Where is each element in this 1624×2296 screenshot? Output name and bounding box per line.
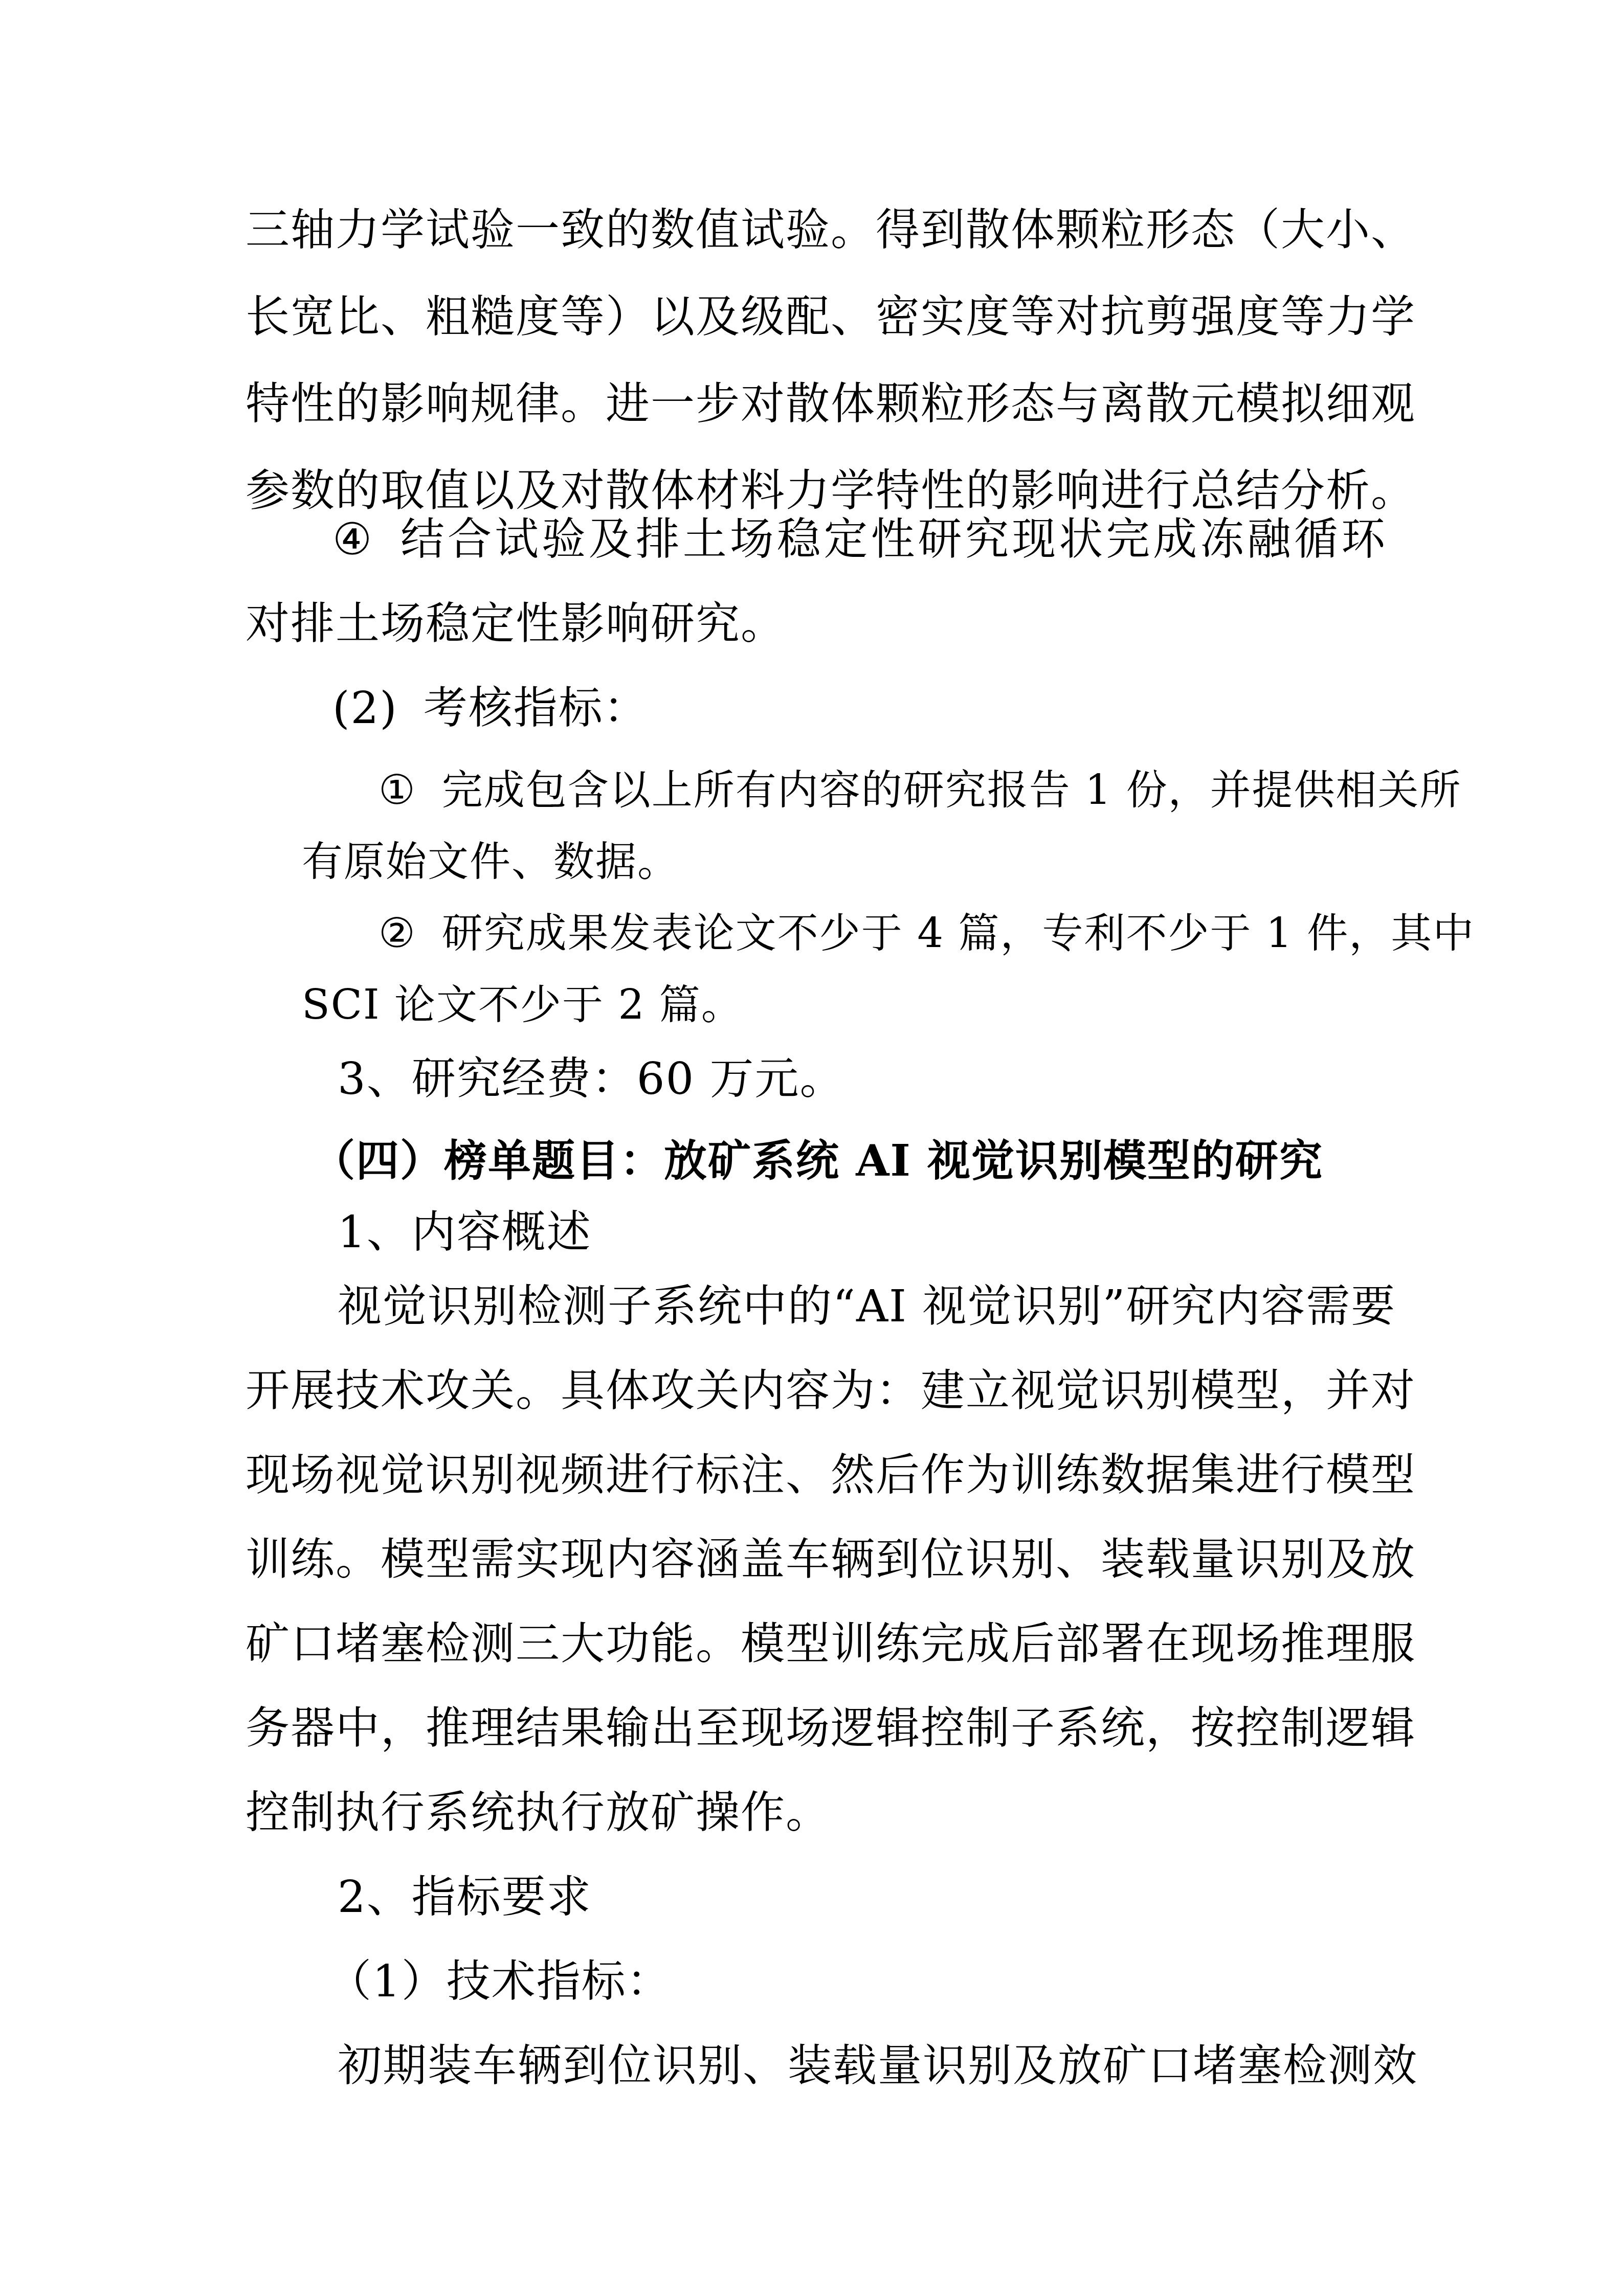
- circled-number-marker: ④: [332, 511, 373, 568]
- paragraph-line: 视觉识别检测子系统中的“AI 视觉识别”研究内容需要: [338, 1278, 1386, 1335]
- paragraph-line: 矿口堵塞检测三大功能。模型训练完成后部署在现场推理服: [246, 1616, 1386, 1672]
- paragraph-line: 三轴力学试验一致的数值试验。得到散体颗粒形态（大小、: [246, 202, 1386, 258]
- paragraph-line: 特性的影响规律。进一步对散体颗粒形态与离散元模拟细观: [246, 376, 1386, 432]
- paragraph-line: 务器中，推理结果输出至现场逻辑控制子系统，按控制逻辑: [246, 1700, 1386, 1757]
- paragraph-line: 现场视觉识别视频进行标注、然后作为训练数据集进行模型: [246, 1447, 1386, 1503]
- list-item-text: 结合试验及排土场稳定性研究现状完成冻融循环: [398, 514, 1386, 565]
- paragraph-line: 开展技术攻关。具体攻关内容为：建立视觉识别模型，并对: [246, 1363, 1386, 1419]
- funding-line: 3、研究经费：60 万元。: [338, 1051, 844, 1107]
- requirements-heading: 2、指标要求: [338, 1869, 592, 1925]
- assessment-item-1: ①完成包含以上所有内容的研究报告 1 份，并提供相关所: [379, 762, 1386, 818]
- assessment-item-1-continuation: 有原始文件、数据。: [302, 834, 679, 890]
- paragraph-line: 训练。模型需实现内容涵盖车辆到位识别、装载量识别及放: [246, 1532, 1386, 1588]
- paragraph-line: 控制执行系统执行放矿操作。: [246, 1785, 831, 1841]
- list-item-text: 完成包含以上所有内容的研究报告 1 份，并提供相关所: [442, 766, 1462, 814]
- circled-number-marker: ①: [379, 762, 416, 818]
- paragraph-line: 参数的取值以及对散体材料力学特性的影响进行总结分析。: [246, 463, 1386, 519]
- assessment-heading: (2)考核指标：: [332, 680, 649, 736]
- tech-heading: （1）技术指标：: [327, 1953, 672, 2010]
- overview-heading: 1、内容概述: [338, 1204, 592, 1260]
- assessment-item-2: ②研究成果发表论文不少于 4 篇，专利不少于 1 件，其中: [379, 905, 1386, 961]
- section-title: （四）榜单题目：放矿系统 AI 视觉识别模型的研究: [312, 1133, 1323, 1189]
- heading-text: 考核指标：: [424, 683, 649, 734]
- document-page: 三轴力学试验一致的数值试验。得到散体颗粒形态（大小、 长宽比、粗糙度等）以及级配…: [0, 0, 1624, 2296]
- list-item-text: 研究成果发表论文不少于 4 篇，专利不少于 1 件，其中: [442, 909, 1475, 957]
- list-item-4: ④结合试验及排土场稳定性研究现状完成冻融循环: [332, 511, 1386, 568]
- heading-number: (2): [332, 680, 398, 736]
- list-item-continuation: 对排土场稳定性影响研究。: [246, 596, 786, 652]
- paragraph-line: 长宽比、粗糙度等）以及级配、密实度等对抗剪强度等力学: [246, 289, 1386, 345]
- circled-number-marker: ②: [379, 905, 416, 961]
- paragraph-line: 初期装车辆到位识别、装载量识别及放矿口堵塞检测效: [338, 2038, 1386, 2094]
- assessment-item-2-continuation: SCI 论文不少于 2 篇。: [302, 977, 743, 1033]
